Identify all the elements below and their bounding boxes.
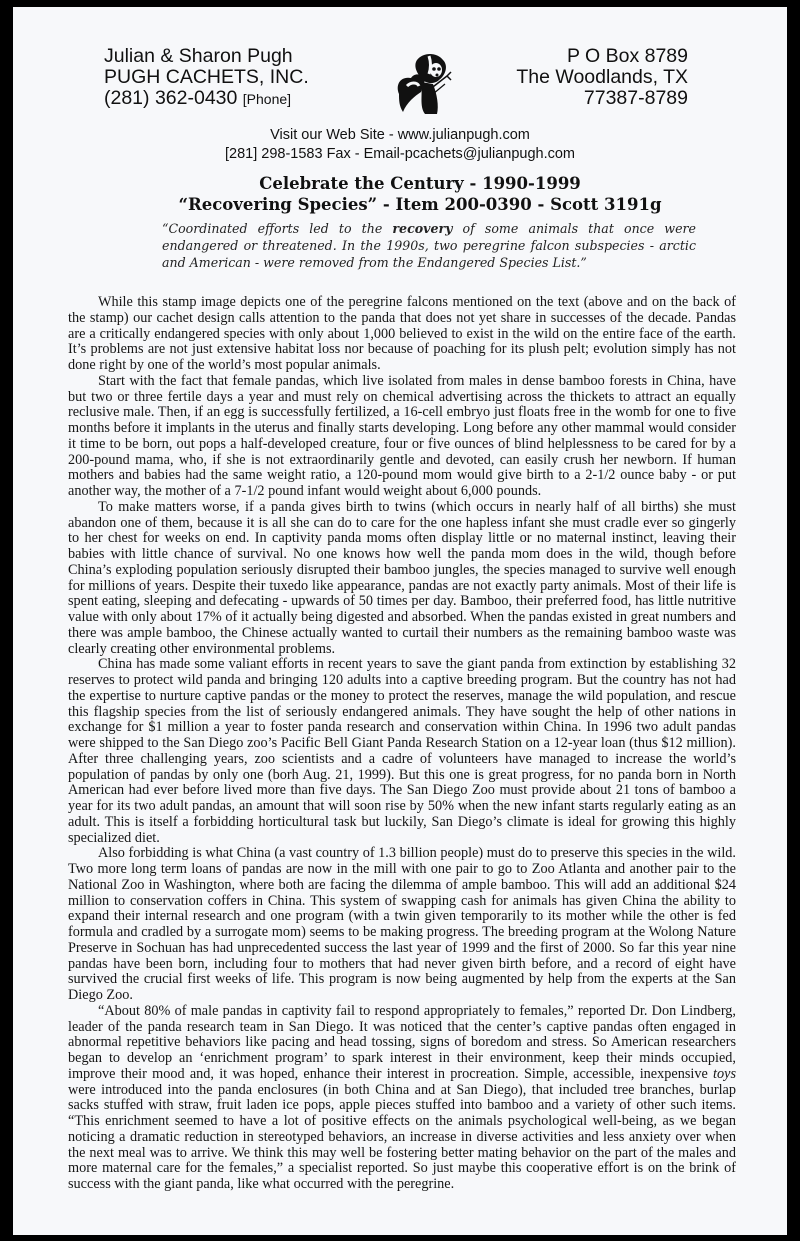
paragraph: China has made some valiant efforts in r… <box>68 657 736 846</box>
owner-names: Julian & Sharon Pugh <box>104 46 309 67</box>
quote-text-start: “Coordinated efforts led to the <box>162 221 392 236</box>
fax-email-line: [281] 298-1583 Fax - Email-pcachets@juli… <box>0 145 800 164</box>
header-contact-left: Julian & Sharon Pugh PUGH CACHETS, INC. … <box>104 46 309 110</box>
quote-bold-word: recovery <box>392 221 452 236</box>
paragraph-italic-word: toys <box>713 1066 736 1082</box>
article-body: While this stamp image depicts one of th… <box>68 295 736 1193</box>
skunk-logo-icon <box>393 50 453 116</box>
paragraph: Start with the fact that female pandas, … <box>68 374 736 500</box>
phone-number: (281) 362-0430 <box>104 87 237 109</box>
title-line-2: “Recovering Species” - Item 200-0390 - S… <box>0 194 800 215</box>
website-line: Visit our Web Site - www.julianpugh.com <box>0 126 800 145</box>
stamp-quote: “Coordinated efforts led to the recovery… <box>162 220 696 272</box>
paragraph-text-end: were introduced into the panda enclosure… <box>68 1082 736 1193</box>
header-address-right: P O Box 8789 The Woodlands, TX 77387-878… <box>516 46 688 109</box>
document-title: Celebrate the Century - 1990-1999 “Recov… <box>0 173 800 215</box>
company-name: PUGH CACHETS, INC. <box>104 67 309 88</box>
paragraph: While this stamp image depicts one of th… <box>68 295 736 374</box>
web-contact-block: Visit our Web Site - www.julianpugh.com … <box>0 126 800 163</box>
city-state: The Woodlands, TX <box>516 67 688 88</box>
paragraph: Also forbidding is what China (a vast co… <box>68 846 736 1004</box>
phone-line: (281) 362-0430 [Phone] <box>104 88 309 110</box>
title-line-1: Celebrate the Century - 1990-1999 <box>0 173 800 194</box>
zip-code: 77387-8789 <box>516 88 688 109</box>
phone-label: [Phone] <box>243 91 291 107</box>
po-box: P O Box 8789 <box>516 46 688 67</box>
paragraph: “About 80% of male pandas in captivity f… <box>68 1004 736 1193</box>
paragraph-text-start: “About 80% of male pandas in captivity f… <box>68 1003 736 1082</box>
paragraph: To make matters worse, if a panda gives … <box>68 500 736 658</box>
